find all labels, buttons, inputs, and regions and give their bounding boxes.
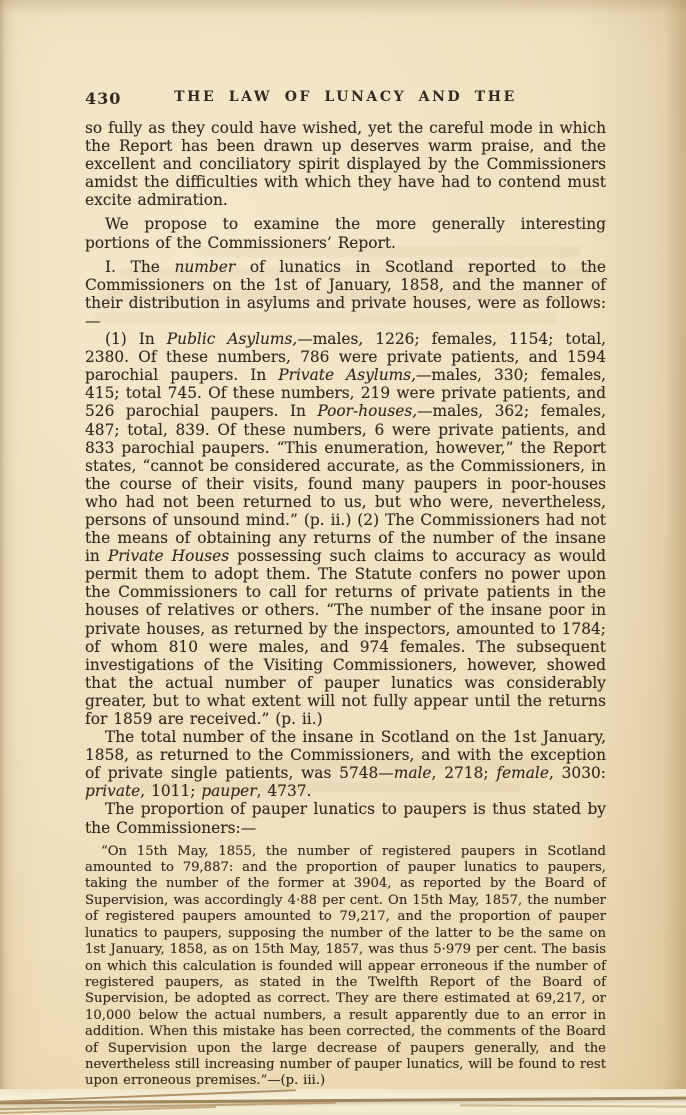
- running-head-title: THE LAW OF LUNACY AND THE: [85, 89, 606, 105]
- quote-text: “On 15th May, 1855, the number of regist…: [85, 844, 606, 1089]
- paragraph-text: I. The: [105, 258, 174, 276]
- page-number: 430: [85, 89, 121, 108]
- paragraph-text: The proportion of pauper lunatics to pau…: [85, 800, 606, 836]
- paragraph-propose: We propose to examine the more generally…: [85, 215, 606, 251]
- italic-term: male: [394, 764, 432, 782]
- page-header: 430 THE LAW OF LUNACY AND THE: [85, 89, 606, 109]
- paragraph-text: possessing such claims to accuracy as wo…: [85, 547, 606, 728]
- paragraph-text: We propose to examine the more generally…: [85, 215, 606, 251]
- italic-term: Poor-houses,: [317, 402, 417, 420]
- italic-term: pauper: [201, 782, 256, 800]
- paragraph-proportion: The proportion of pauper lunatics to pau…: [85, 800, 606, 836]
- paragraph-number-of-lunatics: I. The number of lunatics in Scotland re…: [85, 258, 606, 330]
- paragraph-continuation: so fully as they could have wished, yet …: [85, 119, 606, 209]
- paragraph-text: so fully as they could have wished, yet …: [85, 119, 606, 209]
- paragraph-total-insane: The total number of the insane in Scotla…: [85, 728, 606, 800]
- paragraph-text: , 1011;: [140, 782, 201, 800]
- paragraph-text: , 2718;: [432, 764, 497, 782]
- paragraph-text: , 3030:: [549, 764, 606, 782]
- paragraph-text: (1) In: [105, 330, 167, 348]
- paragraph-text: , 4737.: [257, 782, 312, 800]
- page-body: so fully as they could have wished, yet …: [85, 119, 606, 1090]
- scanned-book-page: 430 THE LAW OF LUNACY AND THE so fully a…: [0, 0, 686, 1115]
- italic-term: Private Asylums,: [278, 366, 416, 384]
- italic-term: number: [174, 258, 235, 276]
- italic-term: Public Asylums,: [167, 330, 298, 348]
- paragraph-text: —males, 362; females, 487; total, 839. O…: [85, 402, 606, 565]
- italic-term: Private Houses: [108, 547, 229, 565]
- page-stack-edge: [0, 1089, 686, 1115]
- paragraph-asylum-statistics: (1) In Public Asylums,—males, 1226; fema…: [85, 330, 606, 728]
- italic-term: female: [496, 764, 549, 782]
- blockquote-commissioners-report: “On 15th May, 1855, the number of regist…: [85, 844, 606, 1090]
- page-edge-line: [460, 1104, 686, 1107]
- italic-term: private: [85, 782, 140, 800]
